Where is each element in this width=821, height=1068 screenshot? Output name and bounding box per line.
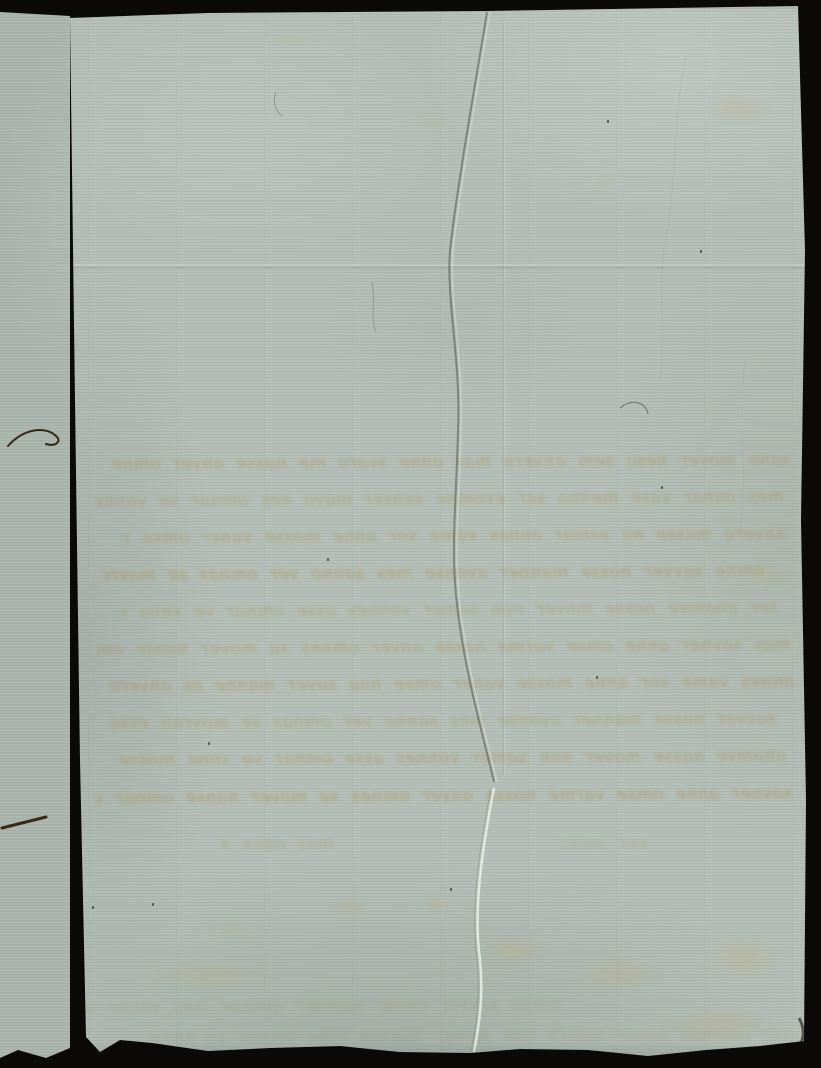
aging-stain [258,28,320,50]
horizontal-fold-crease [70,263,810,269]
bleedthrough-row: anvero masse no semar onnes vame sor ann… [122,524,786,551]
dark-speck [92,906,94,909]
bleedthrough-row: ver omsa [556,834,648,857]
bleedthrough-row: anomve nasse mover non samer vonnes asse… [114,746,786,773]
aging-stain [408,112,456,132]
bleedthrough-row: ser anomve nasse mover non samer vonnes … [122,598,778,625]
dark-speck [661,486,663,489]
dark-speck [450,888,452,891]
dark-speck [607,120,609,123]
dark-speck [327,558,329,561]
hair-hook [620,402,648,414]
aging-stain [330,892,372,922]
dark-speck [596,676,598,679]
hair-thin [372,282,376,332]
manuscript-scan: mpossi:o per-nsemol merito,ll' is im-eis… [0,0,821,1068]
aging-stain [210,916,254,942]
bleedthrough-row: ser anomve nasse mover non samer vonnes … [140,1024,790,1051]
right-wrinkle [660,55,686,380]
bleedthrough-row: sano mover nesa sem anvero mas onne svar… [112,450,790,477]
aging-stain [466,928,562,970]
dark-speck [152,903,154,906]
bleedthrough-row: omne savver nosse manner avonse mes sann… [80,994,560,1019]
dark-speck [700,250,702,253]
aging-stain [694,926,798,988]
wrinkle-highlight [452,12,497,782]
bleedthrough-row: onnes vame sor anne mosse vaner omse nna… [108,672,794,699]
aging-stain [118,952,298,998]
manuscript-page: sano mover nesa sem anvero mas onne svar… [0,0,821,1068]
bleedthrough-row: sovner anne omse varme nosse anver omnes… [96,784,792,811]
bleedthrough-row: mas onne sv [222,834,334,857]
aging-stain [560,948,680,998]
ink-dot [4,1058,10,1064]
dark-speck [208,742,210,745]
hair-top [274,92,282,116]
bleedthrough-row: mes onnar vase menno sar evomne sanser m… [96,487,784,514]
aging-stain [690,88,786,130]
ink-flourish [8,430,58,446]
dark-wrinkle [449,12,494,782]
bleedthrough-row: mas sovner anne omse varme nosse anver o… [96,635,790,662]
underline-paraph [2,817,46,828]
bleedthrough-row: savver nosse manner avonse mes sanno ver… [96,709,776,736]
corner-curl-mark [795,1018,803,1050]
aging-stain [590,170,628,190]
aging-stain [418,890,456,918]
bleedthrough-row: omne savver nosse manner avonse mes sann… [104,561,764,588]
